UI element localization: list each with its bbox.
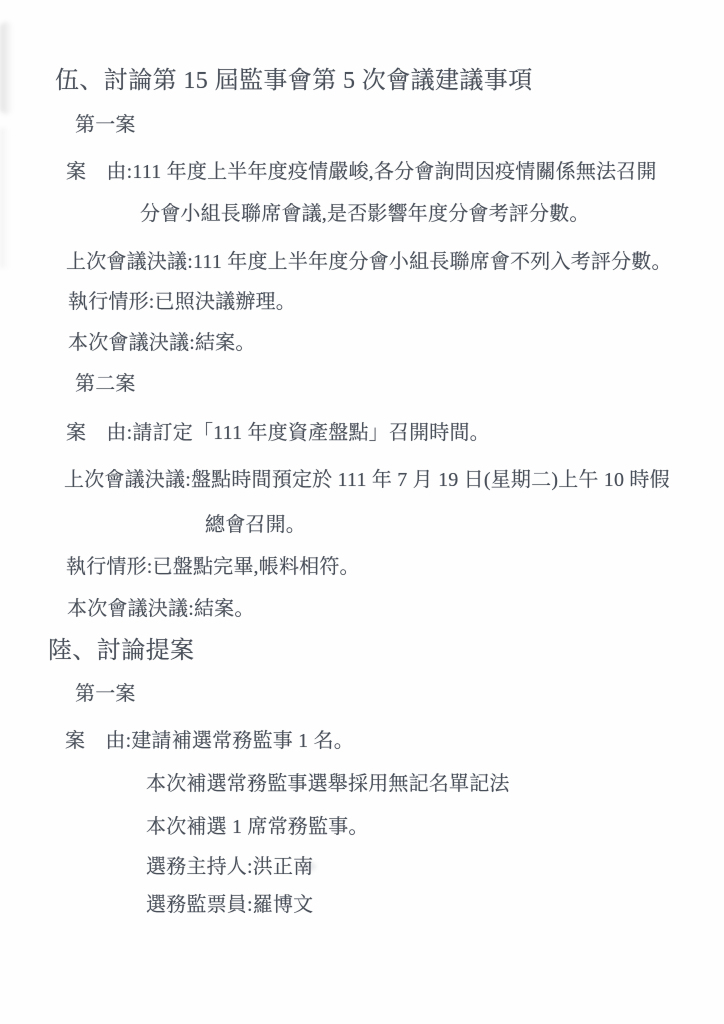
case-title: 第一案 [75, 113, 136, 138]
execution-status: 執行情形:已照決議辦理。 [68, 290, 296, 315]
execution-status: 執行情形:已盤點完畢,帳料相符。 [66, 555, 360, 580]
previous-resolution: 上次會議決議:111 年度上半年度分會小組長聯席會不列入考評分數。 [66, 250, 672, 275]
previous-resolution-line1: 上次會議決議:盤點時間預定於 111 年 7 月 19 日(星期二)上午 10 … [64, 468, 670, 493]
election-scrutineer: 選務監票員:羅博文 [146, 893, 313, 918]
election-moderator: 選務主持人:洪正南 [146, 855, 313, 880]
case-subject: 案 由:建請補選常務監事 1 名。 [65, 729, 354, 754]
previous-resolution-line2: 總會召開。 [205, 513, 306, 538]
election-seat-detail: 本次補選 1 席常務監事。 [146, 815, 369, 840]
scan-edge-artifact [0, 22, 13, 114]
case-title: 第二案 [75, 372, 136, 397]
case-subject-line1: 案 由:111 年度上半年度疫情嚴峻,各分會詢問因疫情關係無法召開 [66, 160, 657, 185]
current-resolution: 本次會議決議:結案。 [68, 331, 256, 356]
current-resolution: 本次會議決議:結案。 [67, 597, 255, 622]
scan-edge-artifact [0, 128, 9, 268]
case-subject-line2: 分會小組長聯席會議,是否影響年度分會考評分數。 [140, 202, 590, 227]
case-subject: 案 由:請訂定「111 年度資產盤點」召開時間。 [66, 421, 490, 446]
section-heading: 伍、討論第 15 屆監事會第 5 次會議建議事項 [55, 66, 533, 96]
section-heading: 陸、討論提案 [48, 636, 194, 666]
case-title: 第一案 [75, 682, 136, 707]
document-page: 伍、討論第 15 屆監事會第 5 次會議建議事項 第一案 案 由:111 年度上… [0, 0, 724, 1024]
election-method-detail: 本次補選常務監事選舉採用無記名單記法 [146, 772, 510, 797]
